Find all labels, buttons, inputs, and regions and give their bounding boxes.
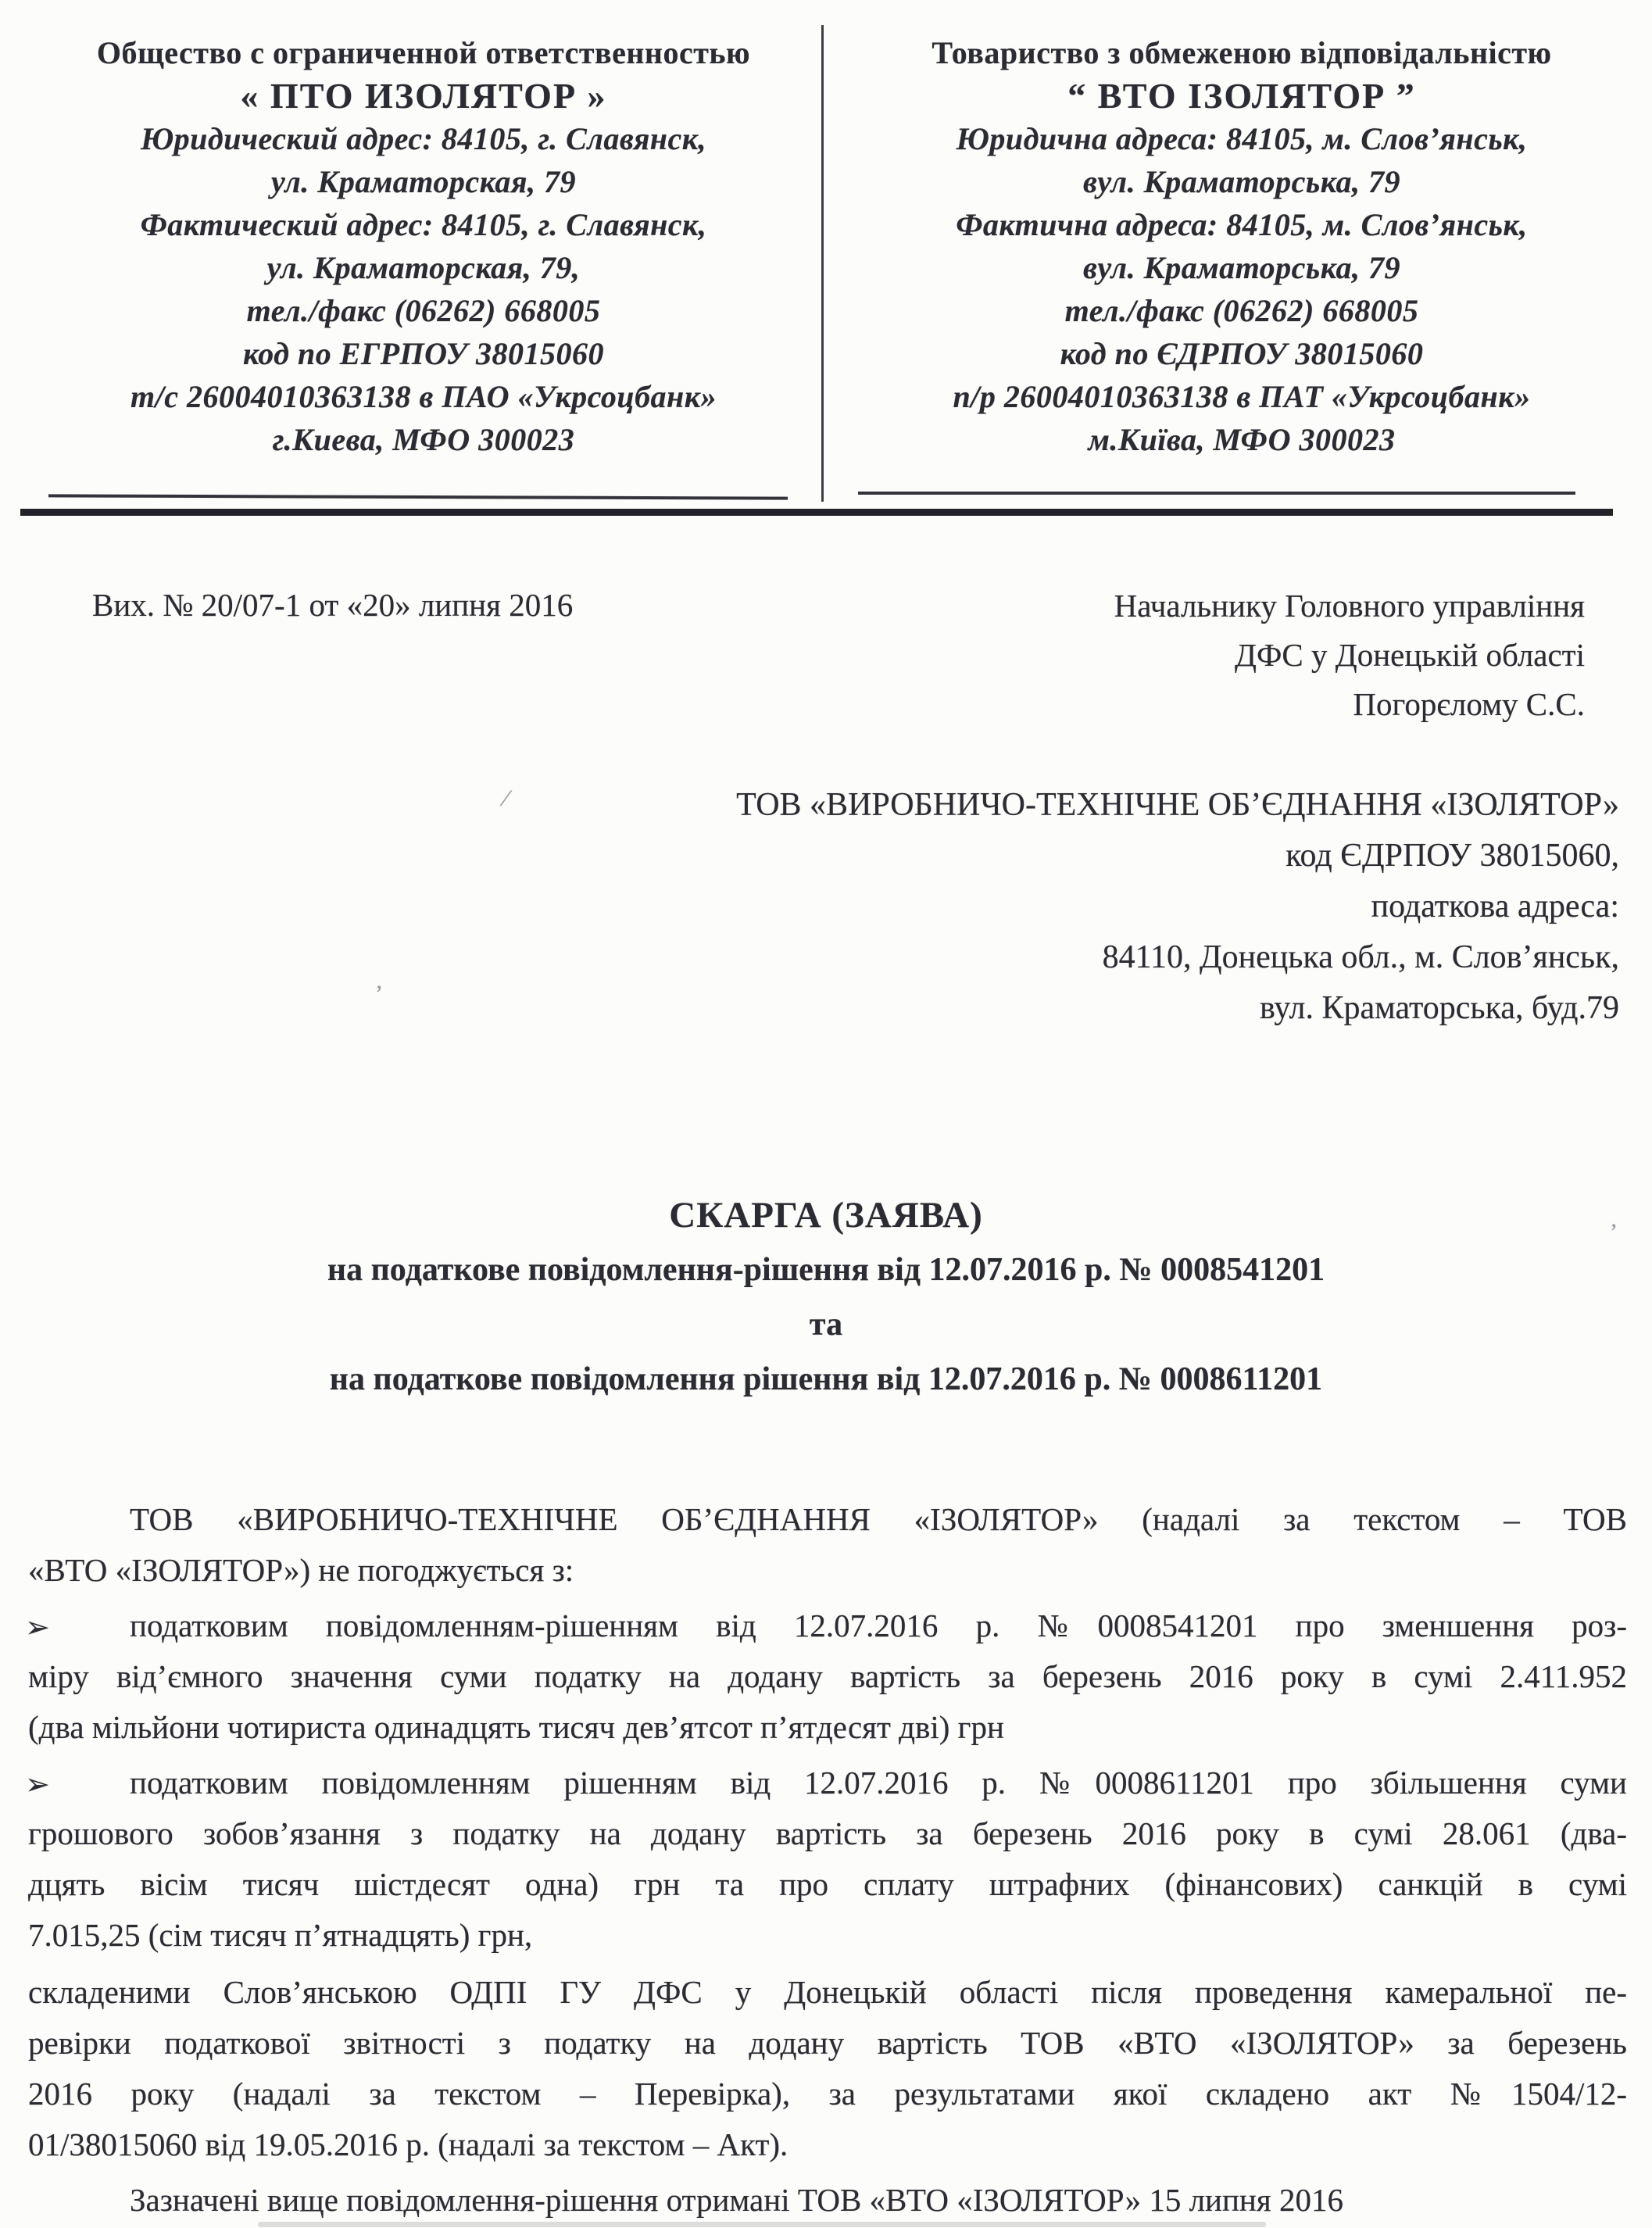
paragraph-receipt-date: Зазначені вище повідомлення-рішення отри… [28,2175,1627,2226]
title-subject-decision-1: на податкове повідомлення-рішення від 12… [0,1243,1652,1297]
scan-speck: ⁄ [504,785,508,812]
body-line: міру від’ємного значення суми податку на… [28,1651,1627,1702]
legal-address-ru: Юридический адрес: 84105, г. Славянск, [30,117,817,160]
body-line: ТОВ «ВИРОБНИЧО-ТЕХНІЧНЕ ОБ’ЄДНАННЯ «ІЗОЛ… [28,1494,1627,1545]
actual-address-ru: Фактический адрес: 84105, г. Славянск, [30,203,817,246]
body-line: складеними Слов’янською ОДПІ ГУ ДФС у До… [28,1967,1627,2018]
body-line: Зазначені вище повідомлення-рішення отри… [28,2175,1627,2226]
legal-address-ua: Юридична адреса: 84105, м. Слов’янськ, [839,117,1644,160]
body-line: ревірки податкової звітності з податку н… [28,2018,1627,2069]
outgoing-number-line: Вих. № 20/07-1 от «20» липня 2016 [92,581,573,628]
phone-fax-ru: тел./факс (06262) 668005 [30,289,817,332]
addressee-person: Погорєлому С.С. [1114,680,1585,729]
company-type-ru: Общество с ограниченной ответственностью [30,31,817,74]
edrpou-code-ua: код по ЄДРПОУ 38015060 [839,332,1644,375]
addressee-department: ДФС у Донецькій області [1114,631,1585,680]
company-name-ru: « ПТО ИЗОЛЯТОР » [30,74,817,117]
bank-account-ru: т/с 26004010363138 в ПАО «Укрсоцбанк» [30,375,817,418]
egrpou-code-ru: код по ЕГРПОУ 38015060 [30,332,817,375]
applicant-block: ТОВ «ВИРОБНИЧО-ТЕХНІЧНЕ ОБ’ЄДНАННЯ «ІЗОЛ… [736,780,1619,1034]
body-line: 2016 року (надалі за текстом – Перевірка… [28,2069,1627,2119]
legal-address-ua-2: вул. Краматорська, 79 [839,160,1644,203]
letterhead-right-column: Товариство з обмеженою відповідальністю … [839,31,1644,461]
bullet-item-decision-0008611201: ➢ податковим повідомленням рішенням від … [28,1758,1627,1961]
scan-speck: ’ [375,981,383,1007]
paragraph-intro: ТОВ «ВИРОБНИЧО-ТЕХНІЧНЕ ОБ’ЄДНАННЯ «ІЗОЛ… [28,1494,1627,1596]
body-line: «ВТО «ІЗОЛЯТОР») не погоджується з: [28,1545,1627,1596]
arrow-bullet-icon: ➢ [25,1759,50,1810]
title-subject-decision-2: на податкове повідомлення рішення від 12… [0,1352,1652,1407]
body-line: податковим повідомленням рішенням від 12… [28,1758,1627,1808]
letterhead-rule-right [858,492,1575,495]
actual-address-ua: Фактична адреса: 84105, м. Слов’янськ, [839,203,1644,246]
bullet-item-decision-0008541201: ➢ податковим повідомленням-рішенням від … [28,1600,1627,1753]
applicant-address-street: вул. Краматорська, буд.79 [736,983,1619,1034]
addressee-block: Начальнику Головного управління ДФС у До… [1114,581,1585,729]
applicant-company-name: ТОВ «ВИРОБНИЧО-ТЕХНІЧНЕ ОБ’ЄДНАННЯ «ІЗОЛ… [736,780,1619,831]
actual-address-ua-2: вул. Краматорська, 79 [839,246,1644,289]
body-line: 01/38015060 від 19.05.2016 р. (надалі за… [28,2119,1627,2170]
document-title-block: СКАРГА (ЗАЯВА) на податкове повідомлення… [0,1188,1652,1407]
paragraph-audit-act: складеними Слов’янською ОДПІ ГУ ДФС у До… [28,1967,1627,2170]
scan-smudge [258,2222,1266,2227]
company-type-ua: Товариство з обмеженою відповідальністю [839,31,1644,74]
letterhead-rule-main [20,509,1613,516]
body-line: (два мільйони чотириста одинадцять тисяч… [28,1702,1627,1753]
applicant-address-city: 84110, Донецька обл., м. Слов’янськ, [736,932,1619,983]
letterhead-column-divider [821,25,824,502]
actual-address-ru-2: ул. Краматорская, 79, [30,246,817,289]
addressee-position: Начальнику Головного управління [1114,581,1585,631]
body-line: 7.015,25 (сім тисяч п’ятнадцять) грн, [28,1910,1627,1961]
company-name-ua: “ ВТО ІЗОЛЯТОР ” [839,74,1644,117]
scan-speck: ’ [1610,1219,1618,1246]
scanned-complaint-document: Общество с ограниченной ответственностью… [0,0,1652,2228]
letterhead-rule-left [48,494,788,499]
bank-account-ua: п/р 26004010363138 в ПАТ «Укрсоцбанк» [839,375,1644,418]
body-line: дцять вісім тисяч шістдесят одна) грн та… [28,1859,1627,1910]
body-line: грошового зобов’язання з податку на дода… [28,1808,1627,1859]
document-body: ТОВ «ВИРОБНИЧО-ТЕХНІЧНЕ ОБ’ЄДНАННЯ «ІЗОЛ… [28,1494,1627,2226]
applicant-tax-address-label: податкова адреса: [736,882,1619,932]
arrow-bullet-icon: ➢ [25,1602,50,1653]
title-conjunction: та [0,1297,1652,1352]
letterhead-left-column: Общество с ограниченной ответственностью… [30,31,817,461]
applicant-edrpou-code: код ЄДРПОУ 38015060, [736,831,1619,882]
document-title: СКАРГА (ЗАЯВА) [0,1188,1652,1243]
legal-address-ru-2: ул. Краматорская, 79 [30,160,817,203]
body-line: податковим повідомленням-рішенням від 12… [28,1600,1627,1651]
bank-city-mfo-ua: м.Київа, МФО 300023 [839,418,1644,461]
bank-city-mfo-ru: г.Киева, МФО 300023 [30,418,817,461]
phone-fax-ua: тел./факс (06262) 668005 [839,289,1644,332]
